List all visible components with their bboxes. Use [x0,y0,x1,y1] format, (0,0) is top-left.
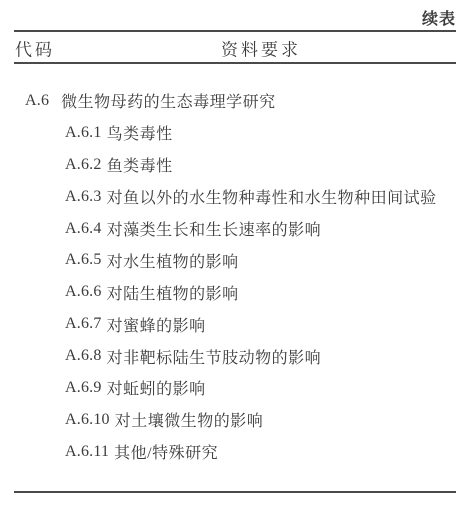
table-row: A.6.10 对土壤微生物的影响 [0,404,465,436]
row-text: 鸟类毒性 [107,121,173,144]
table-row: A.6.8 对非靶标陆生节肢动物的影响 [0,340,465,372]
table-row: A.6.9 对蚯蚓的影响 [0,372,465,404]
row-text: 微生物母药的生态毒理学研究 [61,89,276,112]
header-code: 代码 [15,35,55,60]
table-row: A.6.1 鸟类毒性 [0,117,465,149]
table-top-rule [14,30,456,32]
table-header-row: 代码 资料要求 [0,33,465,62]
row-code: A.6.5 [65,251,102,269]
row-code: A.6 [25,92,49,110]
row-code: A.6.3 [65,188,102,206]
row-code: A.6.9 [65,379,102,397]
table-header-rule [14,62,456,64]
table-row: A.6.7 对蜜蜂的影响 [0,308,465,340]
table-row: A.6.2 鱼类毒性 [0,149,465,181]
table-row: A.6.3 对鱼以外的水生物种毒性和水生物种田间试验 [0,181,465,213]
table-bottom-rule [14,491,456,493]
document-page: 续表 代码 资料要求 A.6 微生物母药的生态毒理学研究 A.6.1 鸟类毒性 … [0,0,465,506]
row-code: A.6.8 [65,347,102,365]
row-text: 对蚯蚓的影响 [107,376,206,399]
row-code: A.6.6 [65,283,102,301]
row-text: 对陆生植物的影响 [107,281,239,304]
table-row: A.6.4 对藻类生长和生长速率的影响 [0,213,465,245]
row-text: 对水生植物的影响 [107,249,239,272]
continued-table-label: 续表 [422,6,456,29]
row-code: A.6.10 [65,411,110,429]
row-code: A.6.2 [65,156,102,174]
row-code: A.6.7 [65,315,102,333]
table-row: A.6.11 其他/特殊研究 [0,436,465,468]
row-text: 对非靶标陆生节肢动物的影响 [107,345,322,368]
row-text: 对藻类生长和生长速率的影响 [107,217,322,240]
header-data-requirements: 资料要求 [221,35,301,60]
row-text: 对鱼以外的水生物种毒性和水生物种田间试验 [107,185,437,208]
table-row: A.6 微生物母药的生态毒理学研究 [0,85,465,117]
row-text: 对土壤微生物的影响 [115,408,264,431]
row-code: A.6.11 [65,443,109,461]
table-row: A.6.5 对水生植物的影响 [0,244,465,276]
row-code: A.6.1 [65,124,102,142]
table-body: A.6 微生物母药的生态毒理学研究 A.6.1 鸟类毒性 A.6.2 鱼类毒性 … [0,85,465,468]
row-text: 其他/特殊研究 [114,440,218,463]
row-text: 对蜜蜂的影响 [107,313,206,336]
row-code: A.6.4 [65,220,102,238]
table-row: A.6.6 对陆生植物的影响 [0,276,465,308]
row-text: 鱼类毒性 [107,153,173,176]
